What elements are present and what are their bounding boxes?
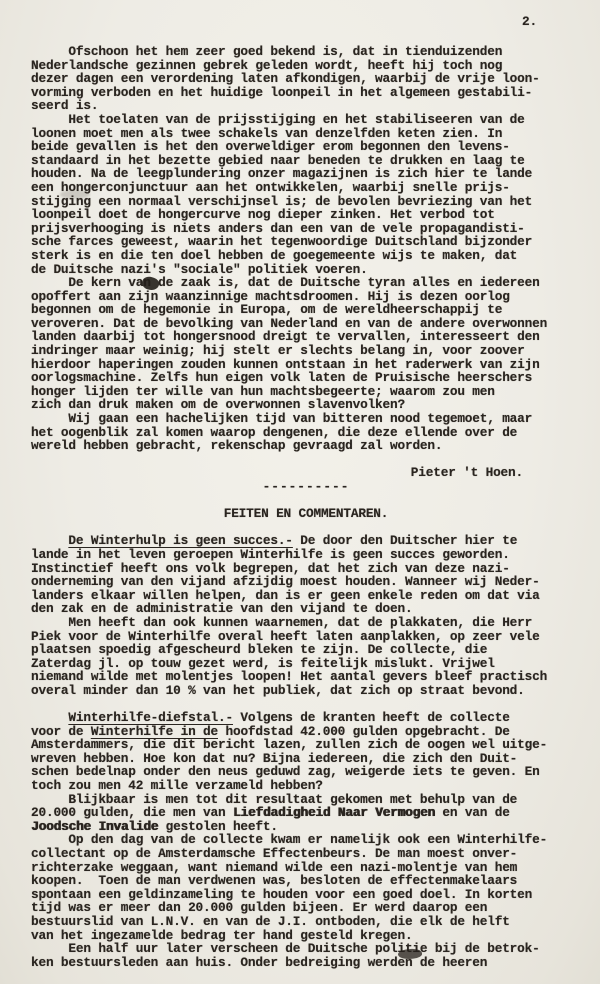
text-line: tijd was er meer dan 20.000 gulden bijee… [31, 901, 581, 915]
text-line: voor de Winterhilfe in de hoofdstad 42.0… [31, 725, 581, 739]
text-line: Wij gaan een hachelijken tijd van bitter… [31, 412, 581, 426]
text-line: Op den dag van de collecte kwam er namel… [31, 833, 581, 847]
text-line: opoffert aan zijn waanzinnige machtsdroo… [31, 290, 581, 304]
paragraph: De Winterhulp is geen succes.- De door d… [31, 534, 581, 616]
text-line: Blijkbaar is men tot dit resultaat gekom… [31, 793, 581, 807]
text-line: dezer dagen een verordening laten afkond… [31, 72, 581, 86]
text-line: koopen. Toen de man verdwenen was, beslo… [31, 874, 581, 888]
text-line: Nederlandsche gezinnen gebrek geleden wo… [31, 59, 581, 73]
spacer [31, 521, 581, 535]
text-line: wereld hebben gebracht, rekenschap gevra… [31, 439, 581, 453]
text-line: Zaterdag jl. op touw gezet werd, is feit… [31, 657, 581, 671]
paragraph: Blijkbaar is men tot dit resultaat gekom… [31, 793, 581, 834]
document-body: Ofschoon het hem zeer goed bekend is, da… [31, 45, 581, 969]
paragraph: Op den dag van de collecte kwam er namel… [31, 833, 581, 942]
text-line: honger lijden ter wille van hun machtsbe… [31, 385, 581, 399]
text-line: Een half uur later verscheen de Duitsche… [31, 942, 581, 956]
text-line: een hongerconjunctuur aan het ontwikkele… [31, 181, 581, 195]
text-line: begonnen om de hegemonie in Europa, om d… [31, 303, 581, 317]
text-line: stijging een normaal verschijnsel is; de… [31, 195, 581, 209]
text-line: plaatsen spoedig afgescheurd bleken te z… [31, 643, 581, 657]
paragraph: Het toelaten van de prijsstijging en het… [31, 113, 581, 276]
text-line: sterk is en die ten doel hebben de goege… [31, 249, 581, 263]
paragraph: Wij gaan een hachelijken tijd van bitter… [31, 412, 581, 453]
paragraph: Men heeft dan ook kunnen waarnemen, dat … [31, 616, 581, 698]
ink-smudge [60, 190, 90, 199]
text-line: van het ingezamelde bedrag ter hand gest… [31, 929, 581, 943]
text-line: ---------- [31, 480, 581, 494]
text-line: Pieter 't Hoen. [31, 466, 523, 480]
text-line: FEITEN EN COMMENTAREN. [31, 507, 581, 521]
heading: FEITEN EN COMMENTAREN. [31, 507, 581, 521]
text-line: Amsterdammers, die dit bericht lazen, zu… [31, 738, 581, 752]
text-line: zich dan druk maken om de overwonnen sla… [31, 398, 581, 412]
spacer [31, 494, 581, 508]
text-line: toch zou men 42 mille verzameld hebben? [31, 779, 581, 793]
text-line: Piek voor de Winterhilfe overal heeft la… [31, 630, 581, 644]
text-segment: Pieter 't Hoen. [411, 465, 523, 480]
text-line: loonpeil doet de hongercurve nog dieper … [31, 208, 581, 222]
text-line: Men heeft dan ook kunnen waarnemen, dat … [31, 616, 581, 630]
text-line: niemand wilde met molentjes loopen! Het … [31, 670, 581, 684]
paragraph: Ofschoon het hem zeer goed bekend is, da… [31, 45, 581, 113]
text-line: landers elkaar willen helpen, dan is er … [31, 589, 581, 603]
text-line: veroveren. Dat de bevolking van Nederlan… [31, 317, 581, 331]
text-line: seerd is. [31, 99, 581, 113]
text-segment: en van de [435, 805, 510, 820]
text-line: wreven hebben. Hoe kon dat nu? Bijna ied… [31, 752, 581, 766]
text-line: collectant op de Amsterdamsche Effectenb… [31, 847, 581, 861]
text-line: de Duitsche nazi's "sociale" politiek vo… [31, 263, 581, 277]
text-line: Ofschoon het hem zeer goed bekend is, da… [31, 45, 581, 59]
text-line: onderneming van den vijand afzijdig moes… [31, 575, 581, 589]
text-line: den zak en de administratie van den vija… [31, 602, 581, 616]
text-line: 20.000 gulden, die men van Liefdadigheid… [31, 806, 581, 820]
text-line: schen bedelnap onder den neus geduwd zag… [31, 765, 581, 779]
text-segment: overal minder dan 10 % van het publiek, … [31, 683, 525, 698]
scanned-page: 2. Ofschoon het hem zeer goed bekend is,… [0, 0, 600, 984]
text-line: vorming verboden en het huidige loonpeil… [31, 86, 581, 100]
text-line: oorlogsmachine. Zelfs hun eigen volk lat… [31, 371, 581, 385]
text-line: beide gevallen is het den overweldiger e… [31, 140, 581, 154]
text-line: spontaan een geldinzameling te houden vo… [31, 888, 581, 902]
text-line: Winterhilfe-diefstal.- Volgens de krante… [31, 711, 581, 725]
text-line: standaard in het bezette gebied naar ben… [31, 154, 581, 168]
text-line: indringer maar weinig; hij stelt er slec… [31, 344, 581, 358]
text-line: sche farces geweest, waarin het tegenwoo… [31, 235, 581, 249]
text-segment: ---------- [263, 479, 350, 494]
text-line: Instinctief heeft ons volk begrepen, dat… [31, 562, 581, 576]
signature: Pieter 't Hoen. [31, 466, 581, 480]
text-line: overal minder dan 10 % van het publiek, … [31, 684, 581, 698]
text-line: landen daarbij tot hongersnood dreigt te… [31, 330, 581, 344]
spacer [31, 453, 581, 467]
text-segment: vorming verboden en het huidige loonpeil… [31, 85, 532, 100]
spacer [31, 698, 581, 712]
text-line: De Winterhulp is geen succes.- De door d… [31, 534, 581, 548]
text-line: loonen moet men als twee schakels van de… [31, 127, 581, 141]
paragraph: Een half uur later verscheen de Duitsche… [31, 942, 581, 969]
text-line: ken bestuursleden aan huis. Onder bedrei… [31, 956, 581, 970]
text-line: De kern van de zaak is, dat de Duitsche … [31, 276, 581, 290]
text-line: Het toelaten van de prijsstijging en het… [31, 113, 581, 127]
text-line: richterzake weggaan, want niemand wilde … [31, 861, 581, 875]
text-line: houden. Na de leegplundering onzer magaz… [31, 167, 581, 181]
paragraph: De kern van de zaak is, dat de Duitsche … [31, 276, 581, 412]
text-line: Joodsche Invalide gestolen heeft. [31, 820, 581, 834]
page-number: 2. [522, 15, 537, 29]
text-segment: wereld hebben gebracht, rekenschap gevra… [31, 438, 442, 453]
separator: ---------- [31, 480, 581, 494]
text-line: bestuurslid van L.N.V. en van de J.I. on… [31, 915, 581, 929]
text-line: lande in het leven geroepen Winterhilfe … [31, 548, 581, 562]
text-segment: FEITEN EN COMMENTAREN. [224, 506, 389, 521]
text-line: prijsverhooging is niets anders dan een … [31, 222, 581, 236]
paragraph: Winterhilfe-diefstal.- Volgens de krante… [31, 711, 581, 793]
text-line: hierdoor haperingen zouden kunnen ontsta… [31, 358, 581, 372]
text-line: het oogenblik zal komen waarop dengenen,… [31, 426, 581, 440]
